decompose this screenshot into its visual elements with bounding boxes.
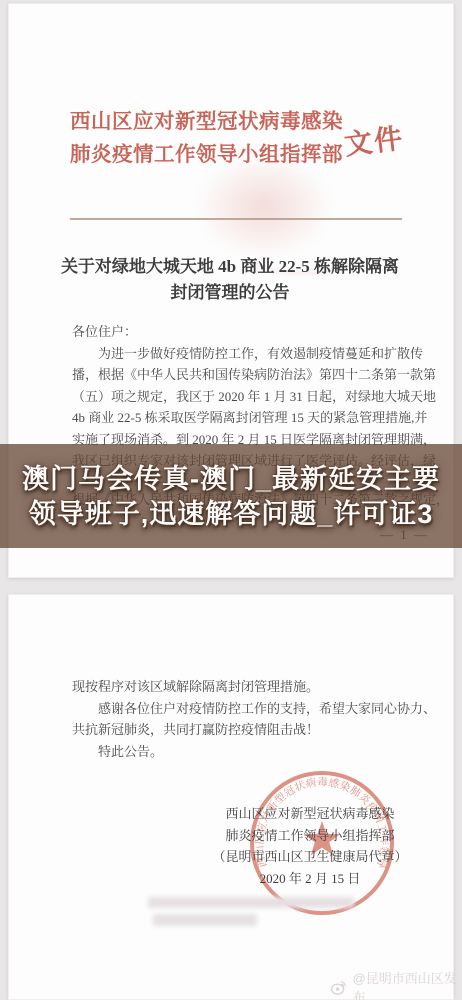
document-title-line-1: 关于对绿地大城天地 4b 商业 22-5 栋解除隔离: [30, 254, 430, 280]
document-title-line-2: 封闭管理的公告: [30, 280, 430, 306]
document-title: 关于对绿地大城天地 4b 商业 22-5 栋解除隔离 封闭管理的公告: [30, 254, 430, 306]
body-line: 4b 商业 22-5 栋采取医学隔离封闭管理 15 天的紧急管理措施,并: [72, 407, 412, 429]
body-line: 播，根据《中华人民共和国传染病防治法》第四十二条第一款第: [72, 364, 412, 386]
overlay-line-1: 澳门马会传真-澳门_最新延安主要: [0, 462, 462, 497]
weibo-post-image: 西山区应对新型冠状病毒感染 肺炎疫情工作领导小组指挥部 文件 关于对绿地大城天地…: [0, 0, 462, 1000]
document-body-2: 现按程序对该区域解除隔离封闭管理措施。 感谢各位住户对疫情防控工作的支持，希望大…: [72, 676, 412, 762]
weibo-handle: @昆明市西山区发布: [353, 968, 462, 1000]
letterhead-rule: [70, 218, 402, 220]
weibo-icon: [329, 977, 349, 998]
signature-date: 2020 年 2 月 15 日: [195, 868, 425, 890]
signature-line: 肺炎疫情工作领导小组指挥部: [195, 825, 425, 847]
body-line: 现按程序对该区域解除隔离封闭管理措施。: [72, 676, 412, 698]
blurred-watermark-line-1: [148, 897, 354, 908]
document-type-label: 文件: [342, 116, 406, 163]
letterhead-line-2: 肺炎疫情工作领导小组指挥部: [70, 139, 345, 172]
weibo-watermark: @昆明市西山区发布: [329, 968, 462, 1000]
overlay-banner-text: 澳门马会传真-澳门_最新延安主要 领导班子,迅速解答问题_许可证3: [0, 462, 462, 532]
letterhead-line-1: 西山区应对新型冠状病毒感染: [70, 106, 345, 139]
overlay-line-2: 领导班子,迅速解答问题_许可证3: [0, 497, 462, 532]
salutation: 各位住户：: [72, 321, 412, 343]
body-line: 特此公告。: [72, 741, 412, 763]
signature-line: （昆明市西山区卫生健康局代章）: [195, 846, 425, 868]
signature-block: 西山区应对新型冠状病毒感染 肺炎疫情工作领导小组指挥部 （昆明市西山区卫生健康局…: [195, 803, 425, 889]
signature-line: 西山区应对新型冠状病毒感染: [195, 803, 425, 825]
body-line: 共抗新冠肺炎，共同打赢防控疫情阻击战！: [72, 719, 412, 741]
blurred-watermark-line-2: [153, 914, 257, 926]
body-line: （五）项之规定，我区于 2020 年 1 月 31 日起，对绿地大城天地: [72, 386, 412, 408]
letterhead: 西山区应对新型冠状病毒感染 肺炎疫情工作领导小组指挥部: [70, 106, 345, 172]
body-line: 为进一步做好疫情防控工作，有效遏制疫情蔓延和扩散传: [72, 343, 412, 365]
body-line: 感谢各位住户对疫情防控工作的支持，希望大家同心协力、: [72, 698, 412, 720]
